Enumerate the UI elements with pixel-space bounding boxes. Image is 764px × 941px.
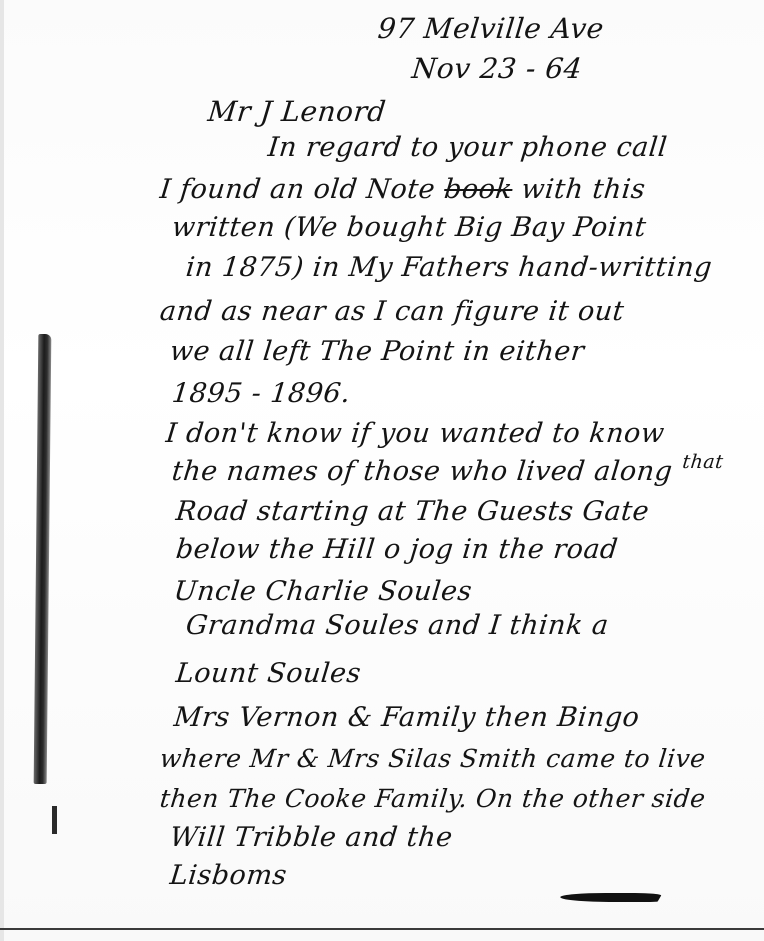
letter-line-8: I don't know if you wanted to know [164, 418, 666, 449]
letter-line-12: Uncle Charlie Soules [172, 576, 473, 607]
scanned-letter-page: 97 Melville Ave Nov 23 - 64 Mr J Lenord … [0, 0, 764, 941]
page-bottom-edge [0, 928, 764, 930]
letter-line-2-end: with this [520, 174, 647, 205]
letter-line-14: Lount Soules [174, 658, 362, 689]
letter-line-5: and as near as I can figure it out [158, 296, 625, 327]
page-edge [0, 0, 4, 941]
letter-line-1: In regard to your phone call [266, 132, 668, 163]
scan-shadow-tail [52, 806, 57, 834]
letter-line-9: the names of those who lived along that [170, 456, 724, 487]
ink-stroke-mark [557, 893, 662, 902]
letter-line-15: Mrs Vernon & Family then Bingo [172, 702, 641, 733]
letter-line-17: then The Cooke Family. On the other side [158, 784, 707, 813]
letter-salutation: Mr J Lenord [206, 95, 387, 128]
letter-line-10: Road starting at The Guests Gate [174, 496, 650, 527]
letter-line-9-insert: that [681, 451, 724, 473]
letter-line-3: written (We bought Big Bay Point [170, 212, 648, 243]
letter-line-4: in 1875) in My Fathers hand-writting [184, 252, 713, 283]
scan-shadow-bar [34, 334, 52, 784]
letter-line-7: 1895 - 1896. [170, 378, 352, 409]
letter-line-18: Will Tribble and the [168, 822, 454, 853]
letter-line-13: Grandma Soules and I think a [184, 610, 610, 641]
letter-line-2-start: I found an old Note [158, 174, 436, 205]
letter-line-2-struck-word: book [443, 174, 514, 205]
letter-line-19: Lisboms [168, 860, 288, 891]
letter-line-16: where Mr & Mrs Silas Smith came to live [158, 744, 707, 773]
letter-address: 97 Melville Ave [376, 12, 605, 45]
letter-line-6: we all left The Point in either [168, 336, 586, 367]
letter-line-9-text: the names of those who lived along [170, 456, 674, 487]
letter-line-11: below the Hill o jog in the road [174, 534, 619, 565]
letter-line-2: I found an old Note book with this [158, 174, 647, 205]
letter-date: Nov 23 - 64 [410, 52, 584, 85]
